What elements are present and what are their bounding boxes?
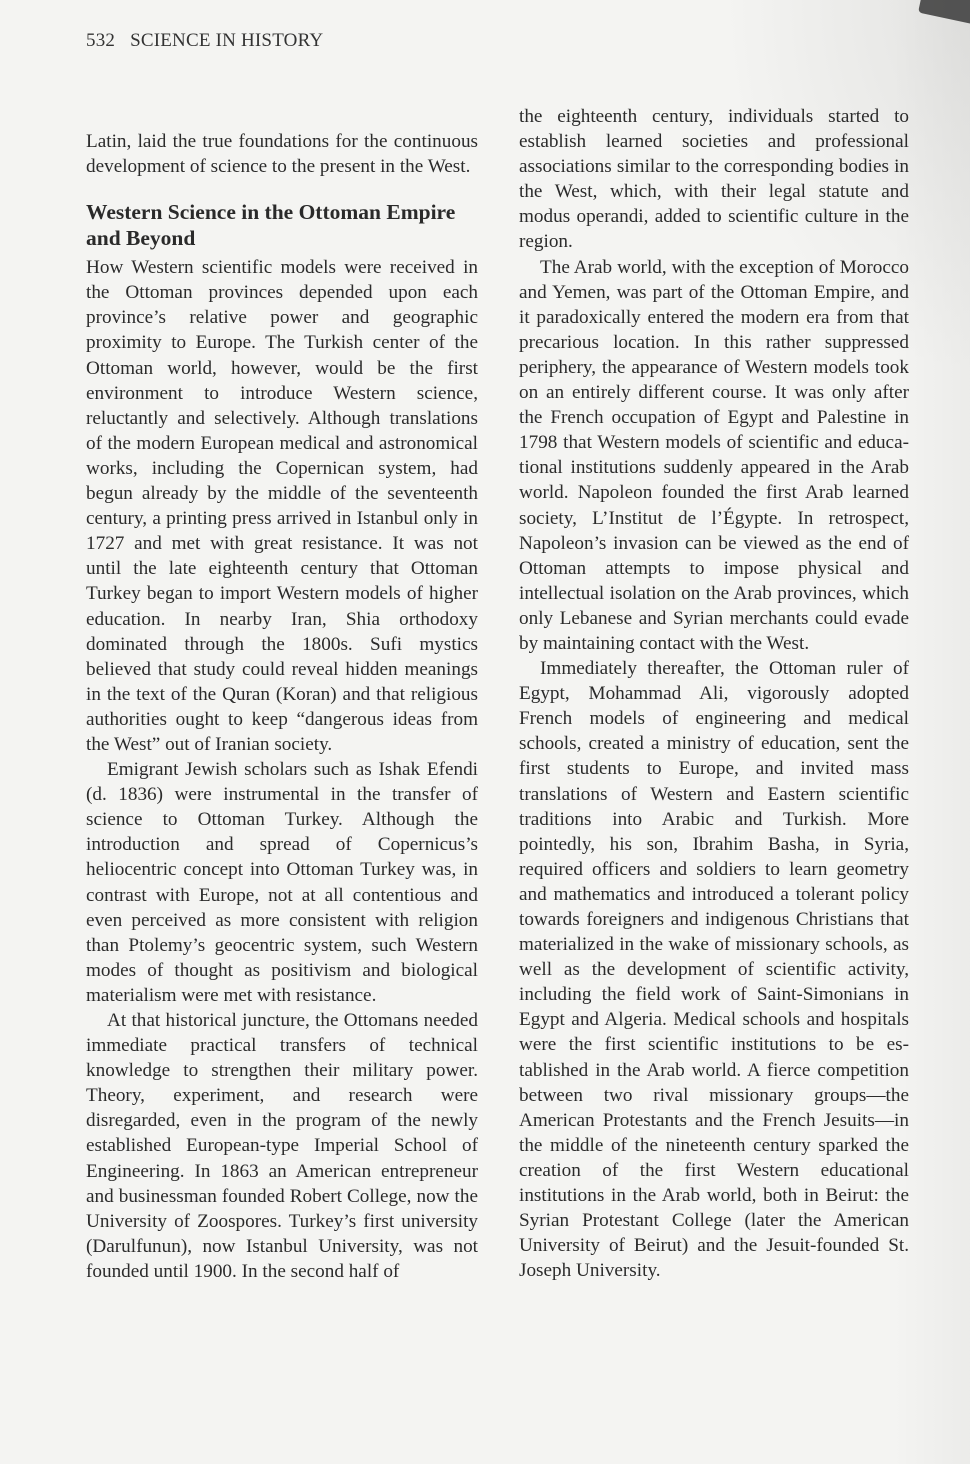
left-column: Latin, laid the true foundations for the… xyxy=(86,129,478,1284)
running-head-title: SCIENCE IN HISTORY xyxy=(130,30,323,51)
book-page: 532 SCIENCE IN HISTORY Latin, laid the t… xyxy=(0,0,970,1464)
page-corner-shadow xyxy=(918,0,970,27)
running-head: 532 SCIENCE IN HISTORY xyxy=(86,30,323,52)
body-paragraph: At that historical juncture, the Ottoman… xyxy=(86,1008,478,1284)
section-heading: Western Science in the Ottoman Empire an… xyxy=(86,199,478,251)
body-paragraph: The Arab world, with the exception of Mo… xyxy=(519,255,909,657)
page-number: 532 xyxy=(86,30,115,51)
body-paragraph: Emigrant Jewish scholars such as Ishak E… xyxy=(86,757,478,1008)
continuation-paragraph: the eighteenth century, individuals star… xyxy=(519,104,909,255)
body-paragraph: Immediately thereafter, the Ottoman rule… xyxy=(519,656,909,1283)
body-paragraph: How Western scientific models were re­ce… xyxy=(86,255,478,757)
continuation-paragraph: Latin, laid the true foundations for the… xyxy=(86,129,478,179)
right-column: the eighteenth century, individuals star… xyxy=(519,104,909,1283)
